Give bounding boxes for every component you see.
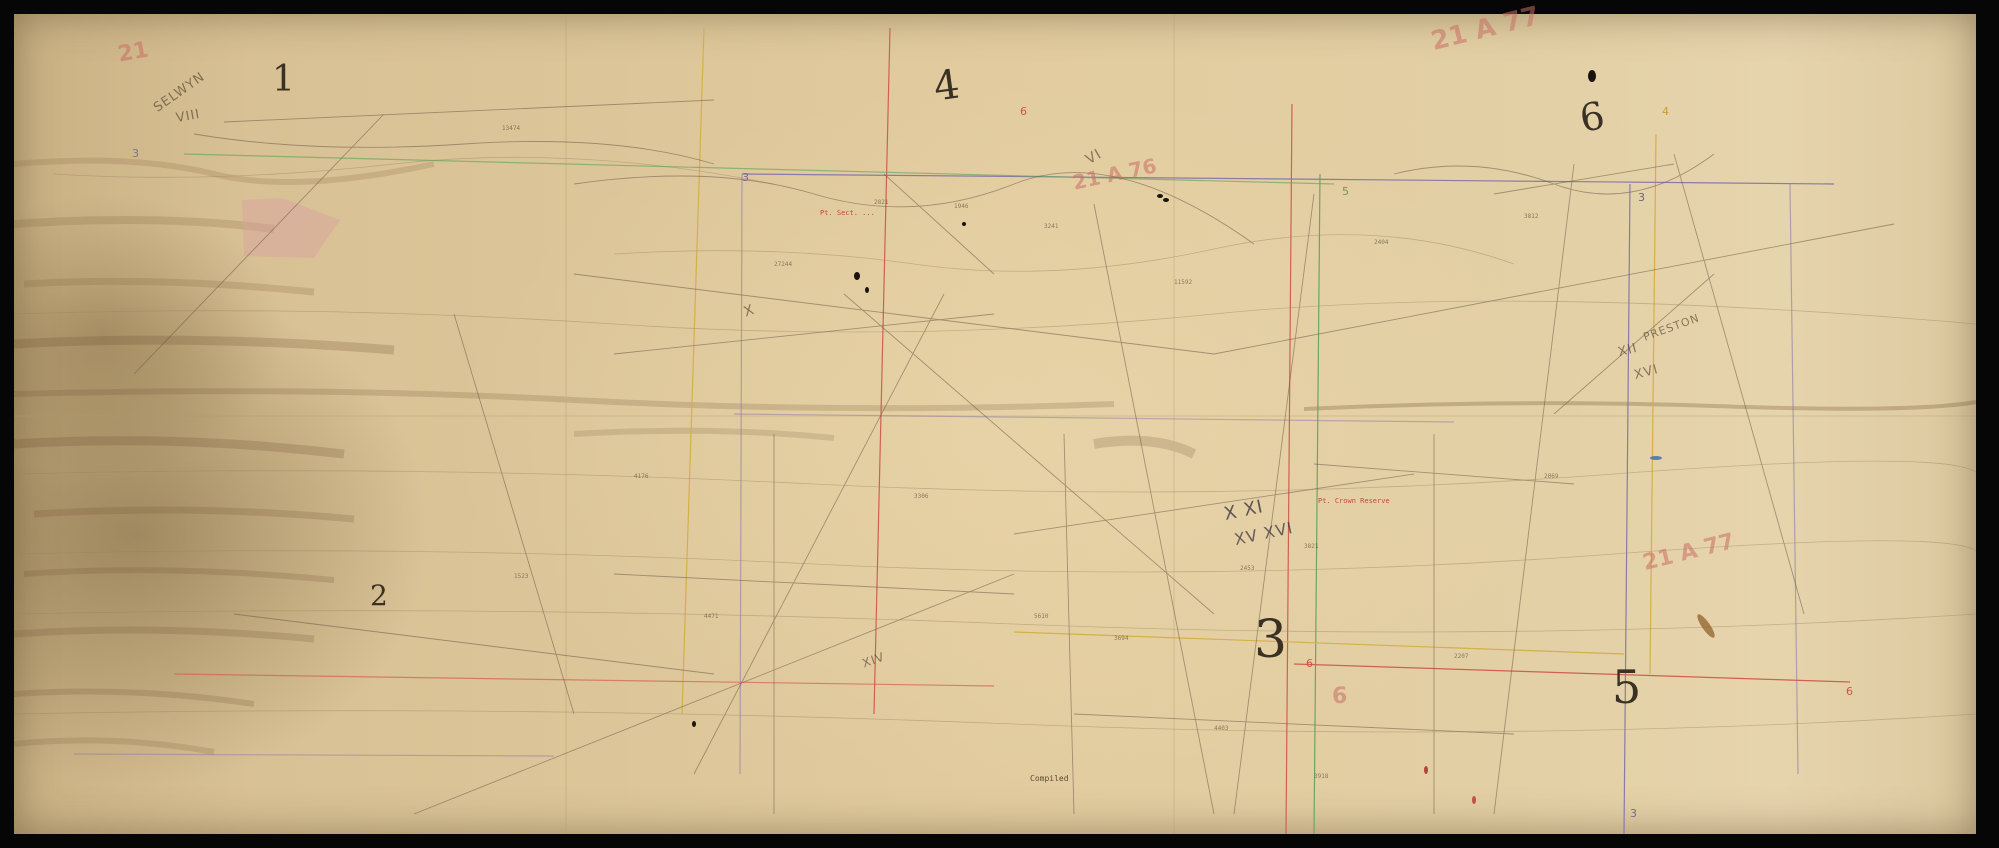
scan-background: 1 4 6 2 3 5 21 21 A 77 21 A 76 21 A 77 6… [0, 0, 1999, 848]
grid-number-4-right: 4 [1662, 106, 1669, 117]
parcel-id: 3306 [914, 494, 928, 500]
red-annotation-1: Pt. Sect. ... [820, 210, 875, 217]
survey-linework [14, 14, 1976, 834]
grid-number-3-bottom: 3 [1630, 808, 1637, 819]
map-sheet: 1 4 6 2 3 5 21 21 A 77 21 A 76 21 A 77 6… [14, 14, 1976, 834]
parcel-id: 3812 [1524, 214, 1538, 220]
parcel-id: 2404 [1374, 240, 1388, 246]
sheet-number-4: 4 [931, 64, 962, 107]
red-mark-2 [1472, 796, 1476, 804]
grid-number-3-right: 3 [1638, 192, 1645, 203]
grid-lines [74, 28, 1850, 834]
red-annotation-2: Pt. Crown Reserve [1318, 498, 1390, 505]
grid-number-3-top: 3 [742, 172, 749, 183]
reserve-patch [242, 198, 340, 258]
sheet-number-1: 1 [272, 62, 295, 98]
grid-number-6-top: 6 [1020, 106, 1027, 117]
sheet-number-5: 5 [1612, 664, 1641, 710]
parcel-id: 5610 [1034, 614, 1048, 620]
grid-number-6-right: 6 [1846, 686, 1853, 697]
stamp-6-bottom: 6 [1332, 686, 1347, 708]
red-mark [1424, 766, 1428, 774]
parcel-id: 3821 [1304, 544, 1318, 550]
stamp-21: 21 [116, 40, 150, 67]
parcel-id: 4471 [704, 614, 718, 620]
parcel-id: 1946 [954, 204, 968, 210]
parcel-id: 2207 [1454, 654, 1468, 660]
grid-number-5-top: 5 [1342, 186, 1349, 197]
brown-stain [1695, 612, 1718, 640]
parcel-id: 1523 [514, 574, 528, 580]
parcel-id: 3694 [1114, 636, 1128, 642]
parcel-id: 3241 [1044, 224, 1058, 230]
sheet-number-2: 2 [370, 582, 388, 610]
parcel-id: 3918 [1314, 774, 1328, 780]
parcel-id: 2821 [874, 200, 888, 206]
parcel-id: 11592 [1174, 280, 1192, 286]
sheet-number-3: 3 [1254, 614, 1287, 666]
blue-mark [1650, 456, 1662, 460]
parcel-id: 2069 [1544, 474, 1558, 480]
grid-number-6-mid: 6 [1306, 658, 1313, 669]
parcel-id: 4403 [1214, 726, 1228, 732]
label-selwyn-viii: VIII [175, 108, 201, 125]
parcel-id: 2453 [1240, 566, 1254, 572]
grid-number-3-left: 3 [132, 148, 139, 159]
parcel-id: 27244 [774, 262, 792, 268]
parcel-id: 4176 [634, 474, 648, 480]
corner-annotation: Compiled [1030, 775, 1069, 783]
parcel-id: 13474 [502, 126, 520, 132]
